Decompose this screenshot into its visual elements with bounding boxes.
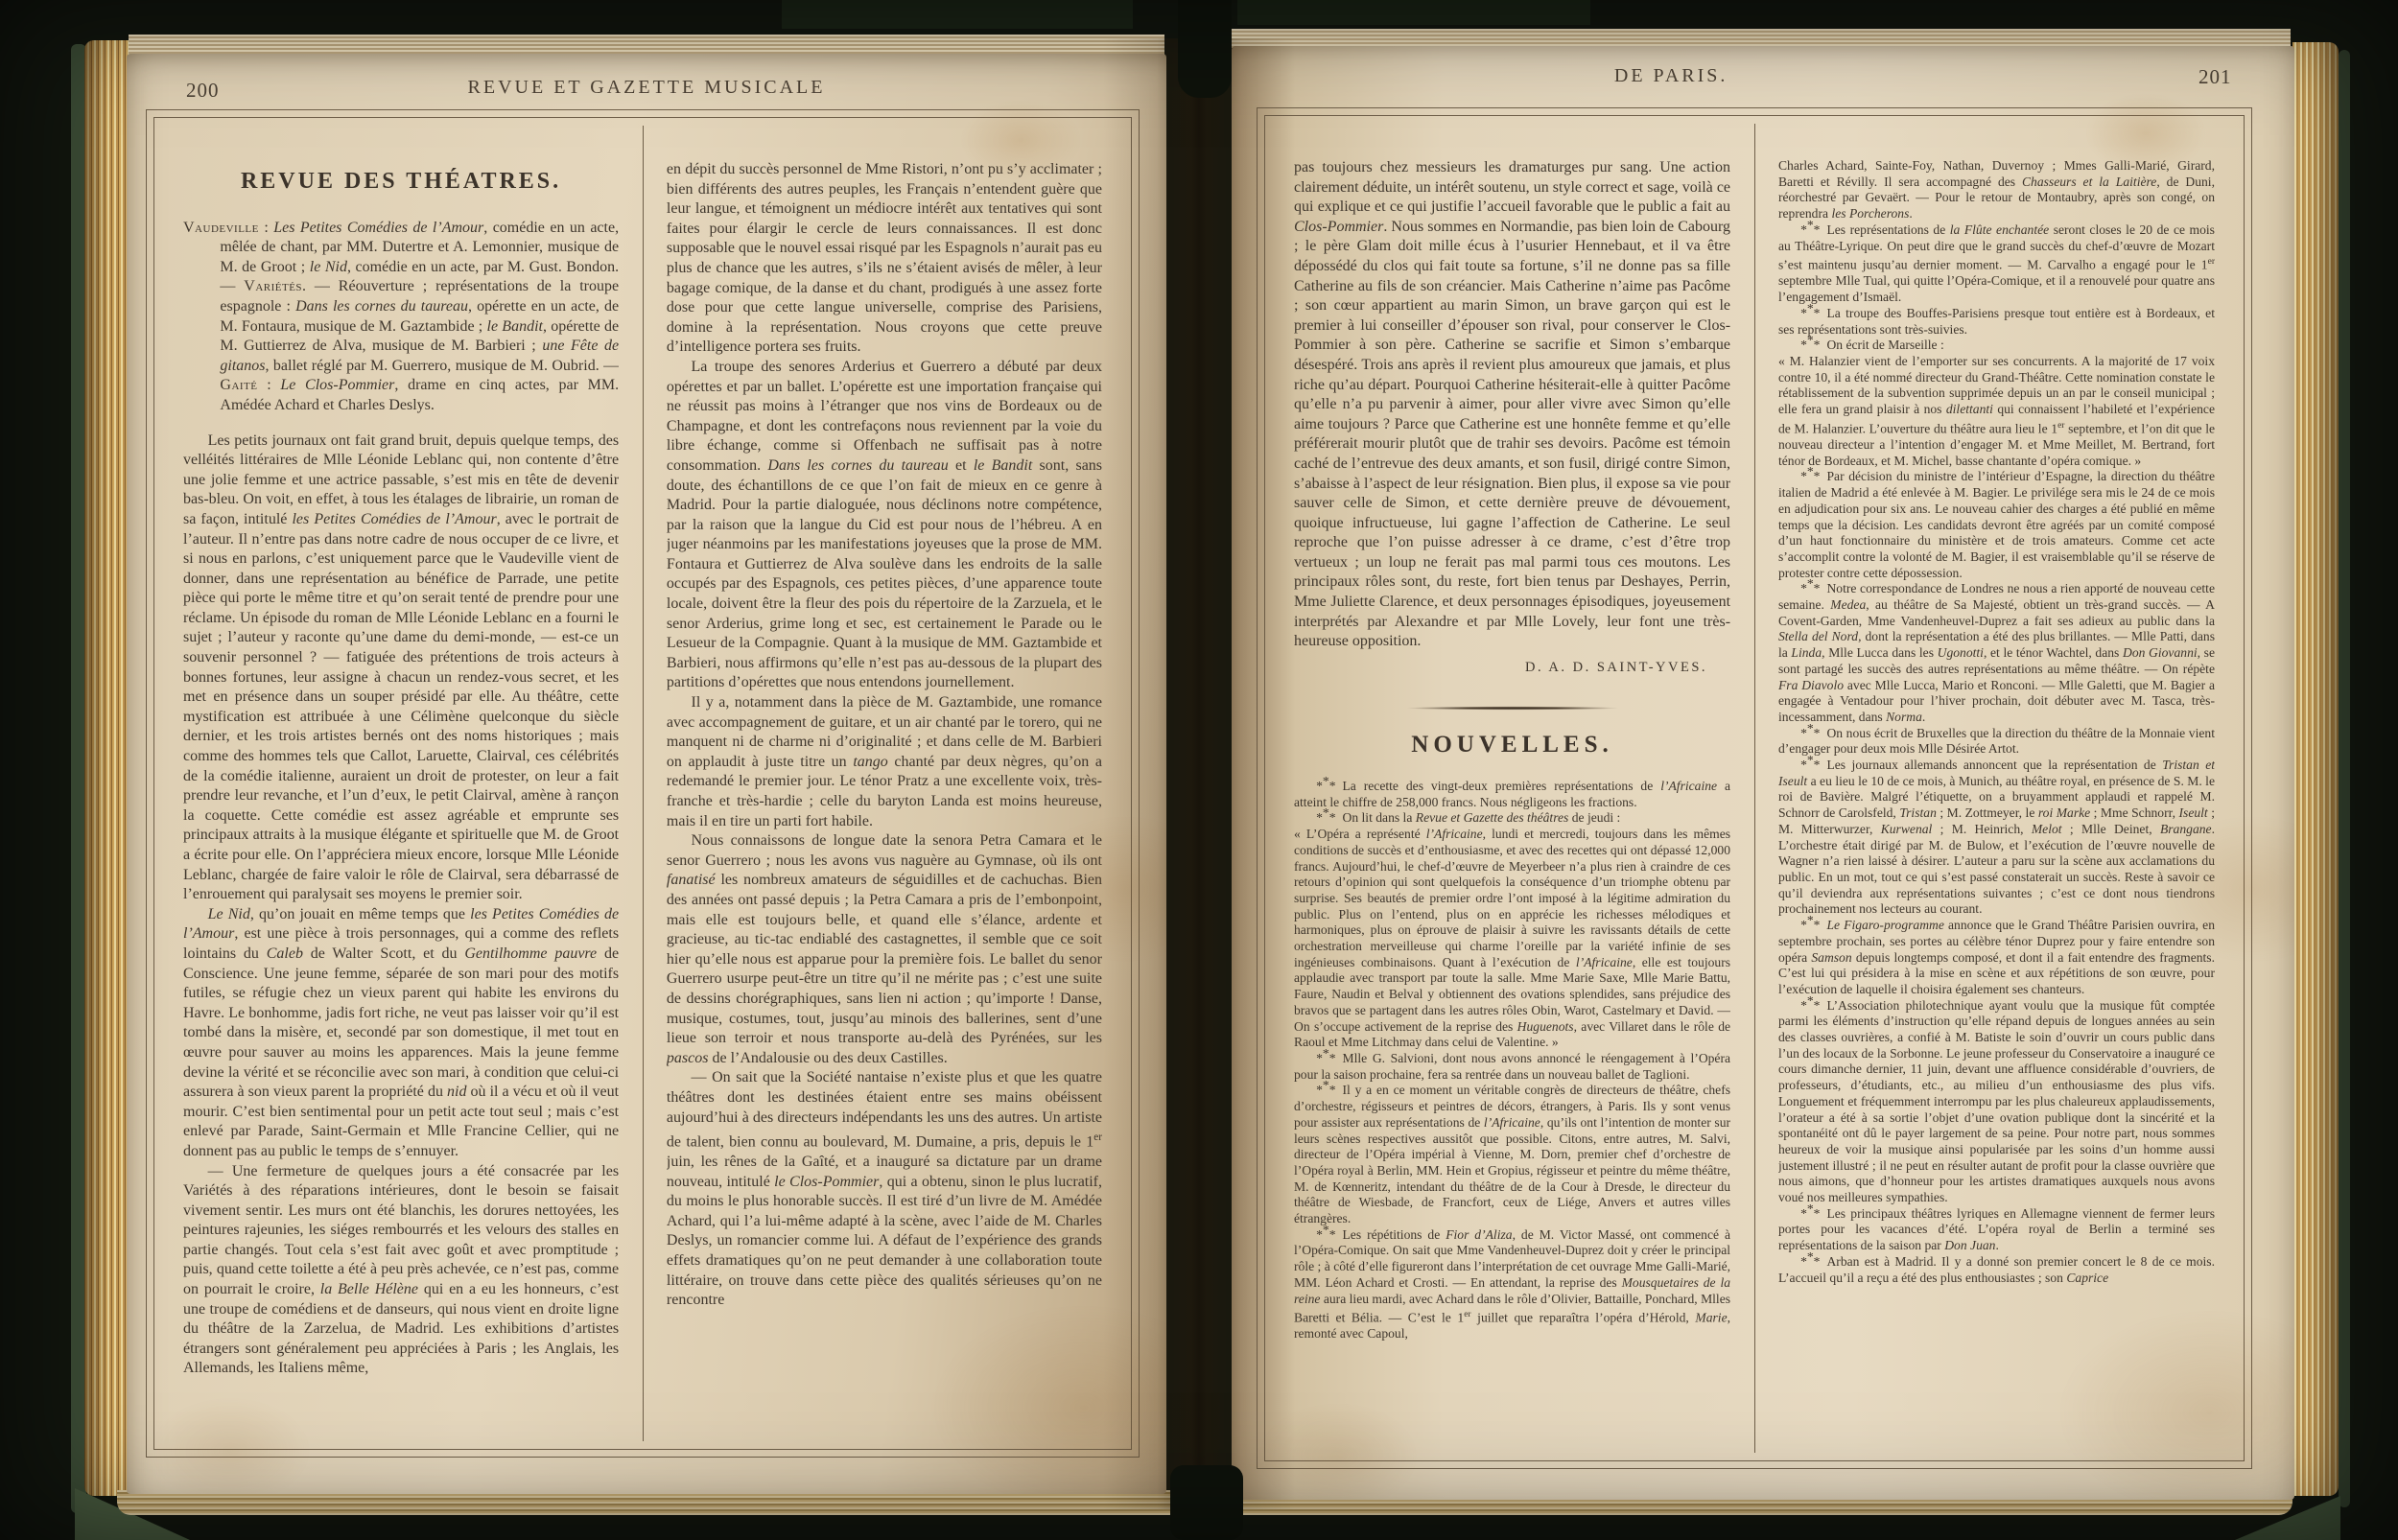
news-item: ***Le Figaro-programme annonce que le Gr…	[1778, 918, 2215, 998]
page-border-frame: pas toujours chez messieurs les dramatur…	[1257, 107, 2252, 1469]
asterism-mark: ***	[1800, 306, 1821, 320]
page-edges-top-left	[129, 35, 1164, 56]
background-board	[782, 0, 1133, 29]
background-board	[1237, 0, 1590, 25]
asterism-mark: ***	[1316, 1083, 1336, 1097]
paragraph: La troupe des senores Arderius et Guerre…	[667, 358, 1102, 693]
gutter-gap-top	[1178, 0, 1232, 98]
column-text: Vaudeville : Les Petites Comédies de l’A…	[183, 219, 619, 1379]
paragraph: Il y a, notamment dans la pièce de M. Ga…	[667, 693, 1102, 831]
column-text: en dépit du succès personnel de Mme Rist…	[667, 160, 1102, 1311]
asterism-mark: ***	[1800, 469, 1821, 483]
paragraph: Charles Achard, Sainte-Foy, Nathan, Duve…	[1778, 158, 2215, 222]
page-number: 201	[2198, 65, 2232, 89]
page-left: 200 REVUE ET GAZETTE MUSICALE REVUE DES …	[127, 54, 1166, 1494]
left-page-column-1: REVUE DES THÉATRES. Vaudeville : Les Pet…	[183, 160, 619, 1434]
news-column: Charles Achard, Sainte-Foy, Nathan, Duve…	[1778, 158, 2215, 1286]
asterism-mark: ***	[1800, 338, 1821, 352]
asterism-mark: ***	[1800, 918, 1821, 932]
asterism-mark: ***	[1800, 222, 1821, 237]
news-item: ***Par décision du ministre de l’intérie…	[1778, 469, 2215, 581]
paragraph: « L’Opéra a représenté l’Africaine, lund…	[1294, 827, 1730, 1051]
paragraph: Le Nid, qu’on jouait en même temps que l…	[183, 905, 619, 1162]
gutter-gap-bottom	[1170, 1465, 1243, 1540]
paragraph: Vaudeville : Les Petites Comédies de l’A…	[183, 219, 619, 416]
left-page-column-2: en dépit du succès personnel de Mme Rist…	[667, 160, 1102, 1434]
news-item: ***Arban est à Madrid. Il y a donné son …	[1778, 1254, 2215, 1286]
news-item: ***Les principaux théâtres lyriques en A…	[1778, 1206, 2215, 1254]
running-title: DE PARIS.	[1614, 65, 1728, 87]
news-item: ***Notre correspondance de Londres ne no…	[1778, 581, 2215, 725]
page-border-frame: REVUE DES THÉATRES. Vaudeville : Les Pet…	[146, 109, 1140, 1458]
paragraph: — On sait que la Société nantaise n’exis…	[667, 1068, 1102, 1310]
paragraph: Nous connaissons de longue date la senor…	[667, 831, 1102, 1068]
news-item: ***On nous écrit de Bruxelles que la dir…	[1778, 726, 2215, 758]
running-title: REVUE ET GAZETTE MUSICALE	[127, 77, 1166, 99]
asterism-mark: ***	[1800, 1254, 1821, 1269]
news-item: ***L’Association philotechnique ayant vo…	[1778, 998, 2215, 1206]
paragraph: en dépit du succès personnel de Mme Rist…	[667, 160, 1102, 358]
news-item: ***La recette des vingt-deux premières r…	[1294, 779, 1730, 810]
section-heading-nouvelles: NOUVELLES.	[1294, 735, 1730, 756]
asterism-mark: ***	[1800, 1206, 1821, 1221]
section-separator-rule	[1369, 706, 1657, 711]
news-item: ***On écrit de Marseille :	[1778, 338, 2215, 354]
page-border-frame-inner: REVUE DES THÉATRES. Vaudeville : Les Pet…	[153, 117, 1132, 1450]
news-item: ***Il y a en ce moment un véritable cong…	[1294, 1083, 1730, 1226]
news-item: ***Mlle G. Salvioni, dont nous avons ann…	[1294, 1051, 1730, 1083]
asterism-mark: ***	[1800, 758, 1821, 772]
article-signature: D. A. D. SAINT-YVES.	[1294, 658, 1707, 678]
paragraph: — Une fermeture de quelques jours a été …	[183, 1162, 619, 1380]
section-heading-theatres: REVUE DES THÉATRES.	[183, 172, 619, 192]
asterism-mark: ***	[1316, 1051, 1336, 1065]
news-item: ***Les représentations de la Flûte encha…	[1778, 222, 2215, 306]
paragraph: Les petits journaux ont fait grand bruit…	[183, 432, 619, 905]
news-column: ***La recette des vingt-deux premières r…	[1294, 779, 1730, 1342]
right-page-column-1: pas toujours chez messieurs les dramatur…	[1294, 158, 1730, 1445]
page-right: 201 DE PARIS. pas toujours chez messieur…	[1232, 46, 2294, 1500]
paragraph: pas toujours chez messieurs les dramatur…	[1294, 158, 1730, 652]
news-item: ***On lit dans la Revue et Gazette des t…	[1294, 810, 1730, 827]
column-text: pas toujours chez messieurs les dramatur…	[1294, 158, 1730, 652]
right-page-column-2: Charles Achard, Sainte-Foy, Nathan, Duve…	[1778, 158, 2215, 1445]
asterism-mark: ***	[1316, 810, 1336, 825]
asterism-mark: ***	[1800, 998, 1821, 1013]
news-item: ***La troupe des Bouffes-Parisiens presq…	[1778, 306, 2215, 338]
news-item: ***Les journaux allemands annoncent que …	[1778, 758, 2215, 918]
book-cover-right-edge	[2339, 50, 2350, 1507]
asterism-mark: ***	[1800, 581, 1821, 595]
asterism-mark: ***	[1316, 1227, 1336, 1242]
news-item: ***Les répétitions de Fior d’Aliza, de M…	[1294, 1227, 1730, 1342]
page-edges-left	[84, 40, 129, 1496]
asterism-mark: ***	[1800, 726, 1821, 740]
asterism-mark: ***	[1316, 779, 1336, 793]
page-border-frame-inner: pas toujours chez messieurs les dramatur…	[1264, 115, 2245, 1461]
paragraph: « M. Halanzier vient de l’emporter sur s…	[1778, 354, 2215, 469]
page-edges-top-right	[1203, 29, 2291, 48]
page-edges-right	[2292, 42, 2339, 1496]
book-spread-photo: 200 REVUE ET GAZETTE MUSICALE REVUE DES …	[0, 0, 2398, 1540]
